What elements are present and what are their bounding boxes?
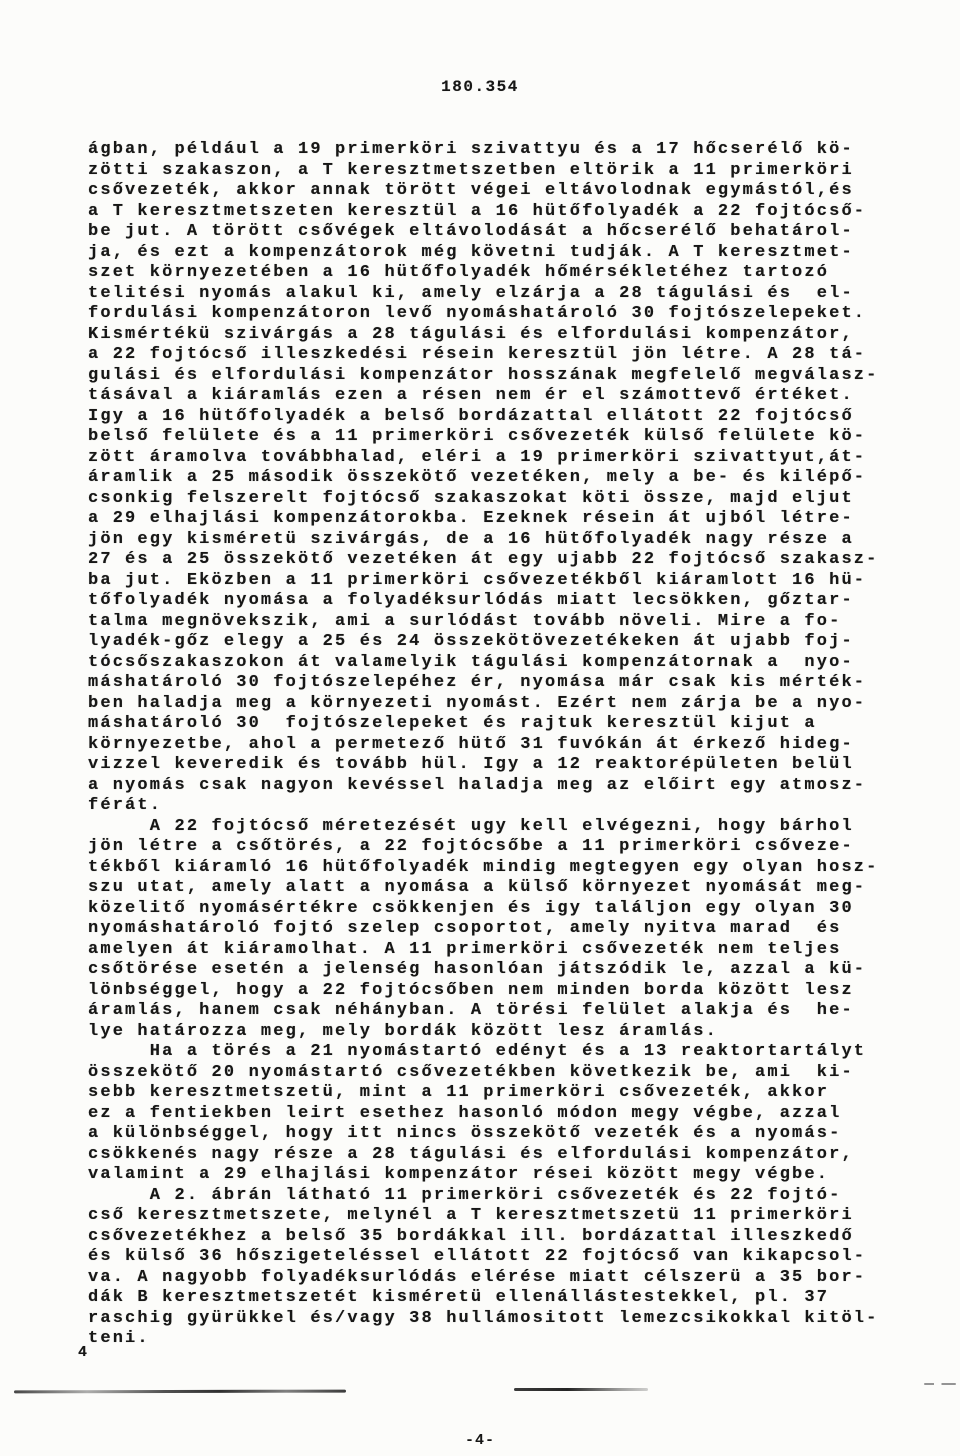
text-line: amelyen át kiáramolhat. A 11 primerköri …	[88, 940, 898, 961]
sheet-number: 4	[78, 1344, 87, 1361]
text-line: sebb keresztmetszetü, mint a 11 primerkö…	[88, 1083, 898, 1104]
text-line: tékből kiáramló 16 hütőfolyadék mindig m…	[88, 858, 898, 879]
text-line: lyadék-gőz elegy a 25 és 24 összekötövez…	[88, 632, 898, 653]
text-line: tőfolyadék nyomása a folyadéksurlódás mi…	[88, 591, 898, 612]
text-line: környezetbe, ahol a permetező hütő 31 fu…	[88, 735, 898, 756]
page-number: -4-	[0, 1432, 960, 1449]
text-line: dák B keresztmetszetét kisméretü ellenál…	[88, 1288, 898, 1309]
text-line: csonkig felszerelt fojtócső szakaszokat …	[88, 489, 898, 510]
text-line: máshatároló 30 fojtószelepeket és rajtuk…	[88, 714, 898, 735]
text-line: és külső 36 hőszigeteléssel ellátott 22 …	[88, 1247, 898, 1268]
text-line: lye határozza meg, mely bordák között le…	[88, 1022, 898, 1043]
text-line: Ha a törés a 21 nyomástartó edényt és a …	[88, 1042, 898, 1063]
text-line: ben haladja meg a környezeti nyomást. Ez…	[88, 694, 898, 715]
text-line: a 22 fojtócső illeszkedési résein keresz…	[88, 345, 898, 366]
text-line: összekötő 20 nyomástartó csővezetékben k…	[88, 1063, 898, 1084]
text-line: be jut. A törött csővégek eltávolodását …	[88, 222, 898, 243]
text-line: zött áramolva továbbhalad, eléri a 19 pr…	[88, 448, 898, 469]
text-line: csőtörése esetén a jelenség hasonlóan já…	[88, 960, 898, 981]
text-line: A 22 fojtócső méretezését ugy kell elvég…	[88, 817, 898, 838]
text-line: belső felülete és a 11 primerköri csővez…	[88, 427, 898, 448]
text-line: tásával a kiáramlás ezen a résen nem ér …	[88, 386, 898, 407]
text-line: tócsőszakaszokon át valamelyik tágulási …	[88, 653, 898, 674]
text-line: ez a fentiekben leirt esethez hasonló mó…	[88, 1104, 898, 1125]
text-line: csővezeték, akkor annak törött végei elt…	[88, 181, 898, 202]
text-line: telitési nyomás alakul ki, amely elzárja…	[88, 284, 898, 305]
document-page: 180.354 ágban, például a 19 primerköri s…	[0, 0, 960, 1456]
text-line: 27 és a 25 összekötő vezetéken át egy uj…	[88, 550, 898, 571]
text-line: A 2. ábrán látható 11 primerköri csőveze…	[88, 1186, 898, 1207]
patent-number: 180.354	[0, 78, 960, 96]
text-line: nyomáshatároló fojtó szelep csoportot, a…	[88, 919, 898, 940]
text-line: ágban, például a 19 primerköri szivattyu…	[88, 140, 898, 161]
text-line: vizzel keveredik és tovább hül. Igy a 12…	[88, 755, 898, 776]
text-line: szet környezetében a 16 hütőfolyadék hőm…	[88, 263, 898, 284]
text-line: valamint a 29 elhajlási kompenzátor rése…	[88, 1165, 898, 1186]
text-line: gulási és elfordulási kompenzátor hosszá…	[88, 366, 898, 387]
text-line: Kismértékü szivárgás a 28 tágulási és el…	[88, 325, 898, 346]
text-line: áramlik a 25 második összekötő vezetéken…	[88, 468, 898, 489]
text-line: teni.	[88, 1329, 898, 1350]
text-line: ja, és ezt a kompenzátorok még követni t…	[88, 243, 898, 264]
text-line: zötti szakaszon, a T keresztmetszetben e…	[88, 161, 898, 182]
text-line: máshatároló 30 fojtószelepéhez ér, nyomá…	[88, 673, 898, 694]
text-line: fordulási kompenzátoron levő nyomáshatár…	[88, 304, 898, 325]
text-line: va. A nagyobb folyadéksurlódás elérése m…	[88, 1268, 898, 1289]
text-line: a 29 elhajlási kompenzátorokba. Ezeknek …	[88, 509, 898, 530]
scan-artifact-mark-right	[924, 1383, 956, 1385]
text-line: lönbséggel, hogy a 22 fojtócsőben nem mi…	[88, 981, 898, 1002]
text-line: a T keresztmetszeten keresztül a 16 hütő…	[88, 202, 898, 223]
text-line: áramlás, hanem csak néhányban. A törési …	[88, 1001, 898, 1022]
text-line: a különbséggel, hogy itt nincs összekötő…	[88, 1124, 898, 1145]
scan-artifact-line-middle	[514, 1388, 648, 1391]
text-line: cső keresztmetszete, melynél a T kereszt…	[88, 1206, 898, 1227]
text-line: közelitő nyomásértékre csökkenjen és igy…	[88, 899, 898, 920]
text-line: jön létre a csőtörés, a 22 fojtócsőbe a …	[88, 837, 898, 858]
scan-artifact-line-left	[14, 1390, 346, 1394]
text-line: raschig gyürükkel és/vagy 38 hullámosito…	[88, 1309, 898, 1330]
text-line: csővezetékhez a belső 35 bordákkal ill. …	[88, 1227, 898, 1248]
text-line: ba jut. Eközben a 11 primerköri csővezet…	[88, 571, 898, 592]
text-line: jön egy kisméretü szivárgás, de a 16 hüt…	[88, 530, 898, 551]
body-text: ágban, például a 19 primerköri szivattyu…	[88, 140, 898, 1350]
text-line: a nyomás csak nagyon kevéssel haladja me…	[88, 776, 898, 797]
text-line: szu utat, amely alatt a nyomása a külső …	[88, 878, 898, 899]
text-line: talma megnövekszik, ami a surlódást tová…	[88, 612, 898, 633]
text-line: férát.	[88, 796, 898, 817]
text-line: csökkenés nagy része a 28 tágulási és el…	[88, 1145, 898, 1166]
text-line: Igy a 16 hütőfolyadék a belső bordázatta…	[88, 407, 898, 428]
